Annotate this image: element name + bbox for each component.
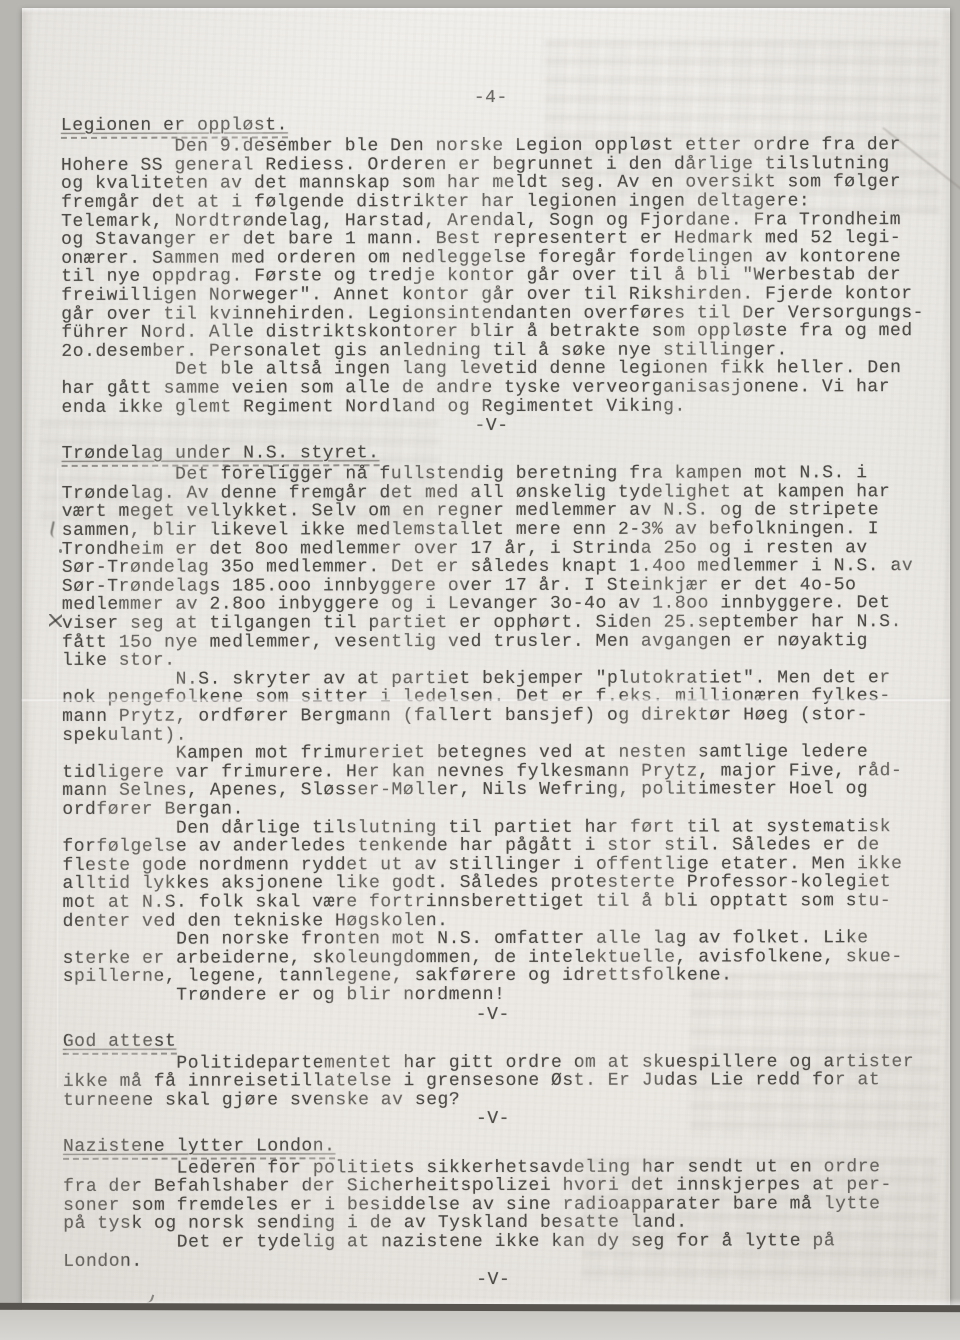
section-nazis-listen-london: Nazistene lytter London. Lederen for pol… bbox=[63, 1136, 923, 1291]
section-god-attest: God attest Politidepartementet har gitt … bbox=[63, 1031, 923, 1130]
section-trondelag-under-ns: Trøndelag under N.S. styret. Det forelig… bbox=[62, 443, 923, 1025]
section-legion-dissolved: Legionen er oppløst. Den 9.desember ble … bbox=[61, 115, 922, 437]
page-number: -4- bbox=[61, 7, 921, 108]
section-separator: -V- bbox=[63, 1110, 923, 1130]
section-separator: -V- bbox=[63, 1270, 923, 1290]
section-body: Lederen for politiets sikkerhetsavdeling… bbox=[63, 1158, 923, 1271]
section-body: Politidepartementet har gitt ordre om at… bbox=[63, 1053, 923, 1111]
section-heading-text: Legionen er oppløst. bbox=[61, 115, 288, 138]
document-page: -4- Legionen er oppløst. Den 9.desember … bbox=[22, 8, 950, 1310]
scanner-background bbox=[0, 1308, 960, 1340]
section-heading: God attest bbox=[63, 1031, 923, 1051]
section-heading-text: Nazistene lytter London. bbox=[63, 1136, 336, 1160]
section-heading-text: Trøndelag under N.S. styret. bbox=[62, 443, 380, 467]
section-body: Den 9.desember ble Den norske Legion opp… bbox=[61, 136, 922, 417]
section-separator: -V- bbox=[62, 416, 922, 436]
section-separator: -V- bbox=[63, 1005, 923, 1025]
section-heading: Trøndelag under N.S. styret. bbox=[62, 443, 922, 463]
section-heading: Nazistene lytter London. bbox=[63, 1136, 923, 1156]
ink-mark bbox=[146, 1293, 154, 1303]
typewritten-content: -4- Legionen er oppløst. Den 9.desember … bbox=[21, 7, 952, 1291]
section-body: Det foreligger nå fullstendig beretning … bbox=[62, 464, 923, 1005]
section-heading-text: God attest bbox=[63, 1032, 177, 1055]
section-heading: Legionen er oppløst. bbox=[61, 115, 921, 135]
